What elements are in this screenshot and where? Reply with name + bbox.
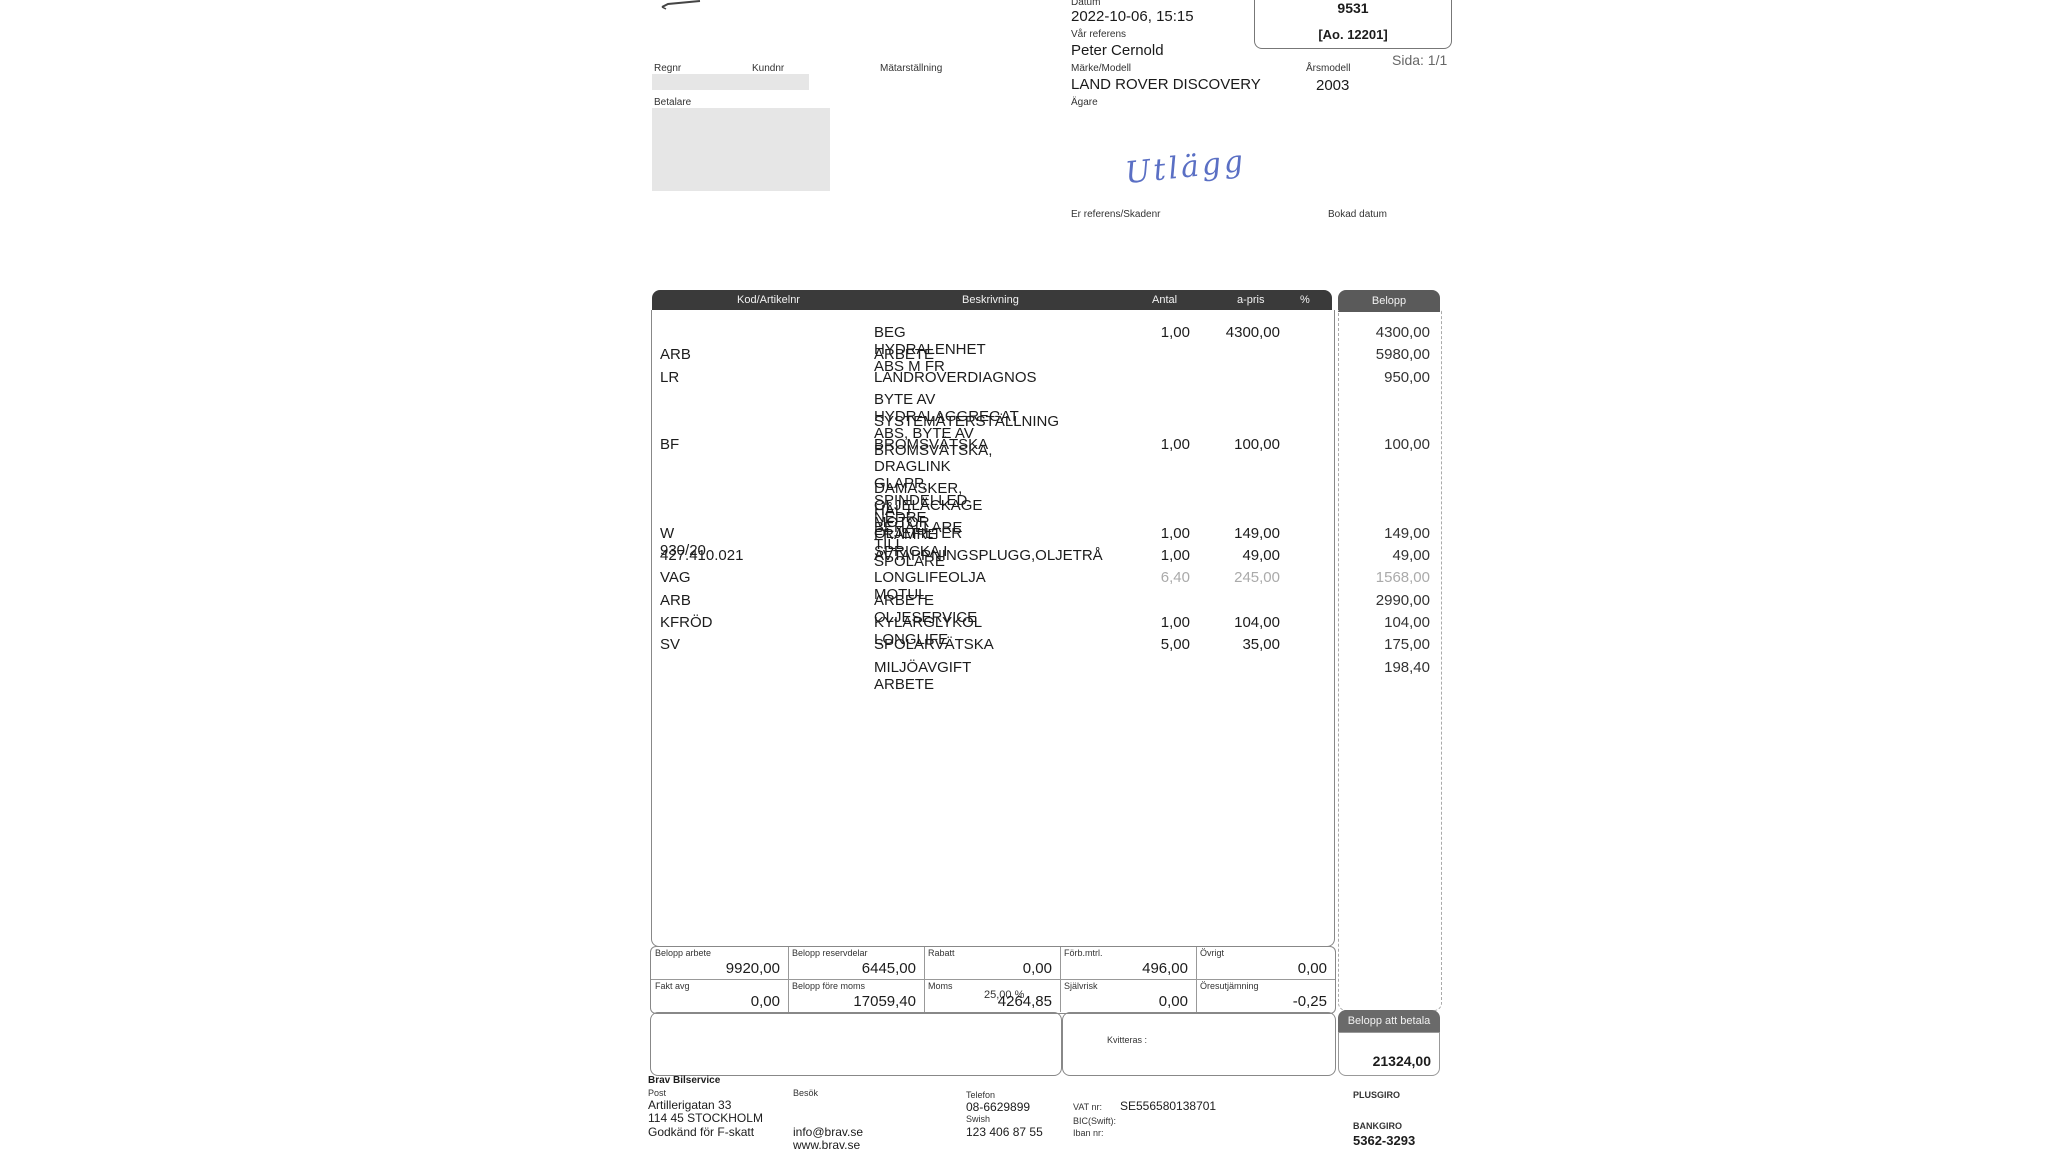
col-antal: Antal xyxy=(1152,294,1177,306)
cell-kod: ARB xyxy=(660,346,691,363)
summary-label: Förb.mtrl. xyxy=(1064,948,1103,958)
arsmodell-value: 2003 xyxy=(1316,77,1349,94)
cell-apris: 4300,00 xyxy=(1210,324,1280,341)
address-line2: 114 45 STOCKHOLM xyxy=(648,1111,763,1125)
telefon-value: 08-6629899 xyxy=(966,1100,1030,1114)
summary-label: Moms xyxy=(928,981,953,991)
cell-apris: 149,00 xyxy=(1210,525,1280,542)
summary-label: Belopp reservdelar xyxy=(792,948,868,958)
order-number: 9531 xyxy=(1255,0,1451,16)
cell-apris: 245,00 xyxy=(1210,569,1280,586)
bokad-datum-label: Bokad datum xyxy=(1328,209,1387,220)
cell-desc: AVTAPPNINGSPLUGG,OLJETRÅ xyxy=(874,547,1103,564)
summary-value: 0,00 xyxy=(1023,960,1052,977)
matarstallning-label: Mätarställning xyxy=(880,63,942,74)
cell-antal: 1,00 xyxy=(1150,436,1190,453)
summary-cell: Öresutjämning-0,25 xyxy=(1196,980,1335,1012)
summary-value: 9920,00 xyxy=(726,960,780,977)
bankgiro-value: 5362-3293 xyxy=(1353,1133,1415,1148)
email-link[interactable]: info@brav.se xyxy=(793,1125,863,1139)
plusgiro-label: PLUSGIRO xyxy=(1353,1090,1400,1100)
total-label: Belopp att betala xyxy=(1338,1010,1440,1032)
summary-value: 496,00 xyxy=(1142,960,1188,977)
cell-desc: LANDROVERDIAGNOS xyxy=(874,369,1037,386)
cell-belopp: 100,00 xyxy=(1350,436,1430,453)
cell-apris: 100,00 xyxy=(1210,436,1280,453)
col-beskrivning: Beskrivning xyxy=(962,294,1019,306)
table-header: Kod/Artikelnr Beskrivning Antal a-pris % xyxy=(652,290,1332,312)
cell-desc: ARBETE xyxy=(874,346,934,363)
cell-kod: SV xyxy=(660,636,680,653)
summary-cell: Självrisk0,00 xyxy=(1060,980,1197,1012)
order-number-box: 9531 [Ao. 12201] xyxy=(1254,0,1452,49)
er-referens-label: Er referens/Skadenr xyxy=(1071,209,1161,220)
cell-desc: SYSTEMÅTERSTÄLLNING xyxy=(874,413,1059,430)
summary-label: Övrigt xyxy=(1200,948,1224,958)
marke-modell-value: LAND ROVER DISCOVERY xyxy=(1071,76,1261,93)
cell-antal: 1,00 xyxy=(1150,324,1190,341)
company-name: Brav Bilservice xyxy=(648,1075,720,1086)
cell-desc: BROMSVÄTSKA xyxy=(874,436,988,453)
cell-apris: 104,00 xyxy=(1210,614,1280,631)
address-line1: Artillerigatan 33 xyxy=(648,1098,731,1112)
datum-label: Datum xyxy=(1071,0,1100,8)
summary-value: 0,00 xyxy=(1298,960,1327,977)
cell-desc: OLJEFILTER xyxy=(874,525,962,542)
summary-cell: Rabatt0,00 xyxy=(924,947,1061,979)
receipt-box: Kvitteras : xyxy=(1062,1012,1336,1076)
iban-label: Iban nr: xyxy=(1073,1128,1104,1138)
cell-kod: VAG xyxy=(660,569,691,586)
betalare-label: Betalare xyxy=(654,97,691,108)
cell-kod: 427.410.021 xyxy=(660,547,743,564)
cell-kod: LR xyxy=(660,369,679,386)
cell-kod: BF xyxy=(660,436,679,453)
redacted-regnr xyxy=(652,74,809,90)
cell-antal: 6,40 xyxy=(1150,569,1190,586)
summary-value: -0,25 xyxy=(1293,993,1327,1010)
cell-antal: 1,00 xyxy=(1150,547,1190,564)
summary-grid: Belopp arbete9920,00Belopp reservdelar64… xyxy=(650,946,1336,1014)
redacted-betalare xyxy=(652,108,830,191)
besok-label: Besök xyxy=(793,1088,818,1098)
cell-belopp: 5980,00 xyxy=(1350,346,1430,363)
swish-label: Swish xyxy=(966,1114,990,1124)
cell-antal: 1,00 xyxy=(1150,614,1190,631)
cell-antal: 1,00 xyxy=(1150,525,1190,542)
agare-label: Ägare xyxy=(1071,97,1098,108)
summary-value: 17059,40 xyxy=(853,993,916,1010)
arsmodell-label: Årsmodell xyxy=(1306,63,1350,74)
summary-label: Öresutjämning xyxy=(1200,981,1259,991)
var-referens-value: Peter Cernold xyxy=(1071,42,1164,59)
cell-belopp: 2990,00 xyxy=(1350,592,1430,609)
web-link[interactable]: www.brav.se xyxy=(793,1138,860,1152)
kundnr-label: Kundnr xyxy=(752,63,784,74)
summary-cell: Moms25,00 %4264,85 xyxy=(924,980,1061,1012)
summary-cell: Belopp reservdelar6445,00 xyxy=(788,947,925,979)
marke-modell-label: Märke/Modell xyxy=(1071,63,1131,74)
work-order-number: [Ao. 12201] xyxy=(1255,27,1451,42)
col-apris: a-pris xyxy=(1237,294,1265,306)
handwritten-note: Utlägg xyxy=(1124,144,1248,191)
cell-belopp: 149,00 xyxy=(1350,525,1430,542)
cell-belopp: 104,00 xyxy=(1350,614,1430,631)
cell-desc: SPOLARVÄTSKA xyxy=(874,636,994,653)
regnr-label: Regnr xyxy=(654,63,681,74)
datum-value: 2022-10-06, 15:15 xyxy=(1071,8,1194,25)
summary-value: 0,00 xyxy=(751,993,780,1010)
summary-value: 4264,85 xyxy=(998,993,1052,1010)
cell-desc: MILJÖAVGIFT ARBETE xyxy=(874,659,971,693)
cell-belopp: 1568,00 xyxy=(1350,569,1430,586)
cell-kod: KFRÖD xyxy=(660,614,713,631)
vat-value: SE556580138701 xyxy=(1120,1099,1216,1113)
vat-label: VAT nr: xyxy=(1073,1102,1102,1112)
bankgiro-label: BANKGIRO xyxy=(1353,1121,1402,1131)
fskatt: Godkänd för F-skatt xyxy=(648,1125,754,1139)
summary-cell: Fakt avg0,00 xyxy=(651,980,789,1012)
notes-box xyxy=(650,1012,1062,1076)
bic-label: BIC(Swift): xyxy=(1073,1116,1116,1126)
cell-antal: 5,00 xyxy=(1150,636,1190,653)
cell-apris: 49,00 xyxy=(1210,547,1280,564)
cell-kod: ARB xyxy=(660,592,691,609)
telefon-label: Telefon xyxy=(966,1090,995,1100)
summary-value: 0,00 xyxy=(1159,993,1188,1010)
summary-value: 6445,00 xyxy=(862,960,916,977)
total-box: 21324,00 xyxy=(1338,1032,1440,1076)
summary-label: Rabatt xyxy=(928,948,955,958)
summary-cell: Belopp före moms17059,40 xyxy=(788,980,925,1012)
total-amount: 21324,00 xyxy=(1373,1053,1431,1069)
cell-belopp: 49,00 xyxy=(1350,547,1430,564)
cell-belopp: 175,00 xyxy=(1350,636,1430,653)
col-kod: Kod/Artikelnr xyxy=(737,294,800,306)
pen-scribble xyxy=(660,0,730,10)
summary-cell: Övrigt0,00 xyxy=(1196,947,1335,979)
summary-label: Belopp före moms xyxy=(792,981,865,991)
summary-cell: Belopp arbete9920,00 xyxy=(651,947,789,979)
summary-cell: Förb.mtrl.496,00 xyxy=(1060,947,1197,979)
swish-value: 123 406 87 55 xyxy=(966,1125,1043,1139)
summary-label: Självrisk xyxy=(1064,981,1098,991)
cell-belopp: 950,00 xyxy=(1350,369,1430,386)
page-indicator: Sida: 1/1 xyxy=(1392,52,1447,68)
post-label: Post xyxy=(648,1088,666,1098)
cell-belopp: 198,40 xyxy=(1350,659,1430,676)
cell-apris: 35,00 xyxy=(1210,636,1280,653)
col-procent: % xyxy=(1300,294,1310,306)
var-referens-label: Vår referens xyxy=(1071,29,1126,40)
summary-label: Belopp arbete xyxy=(655,948,711,958)
kvitteras-label: Kvitteras : xyxy=(1107,1035,1147,1045)
col-belopp: Belopp xyxy=(1338,290,1440,312)
summary-label: Fakt avg xyxy=(655,981,690,991)
cell-belopp: 4300,00 xyxy=(1350,324,1430,341)
